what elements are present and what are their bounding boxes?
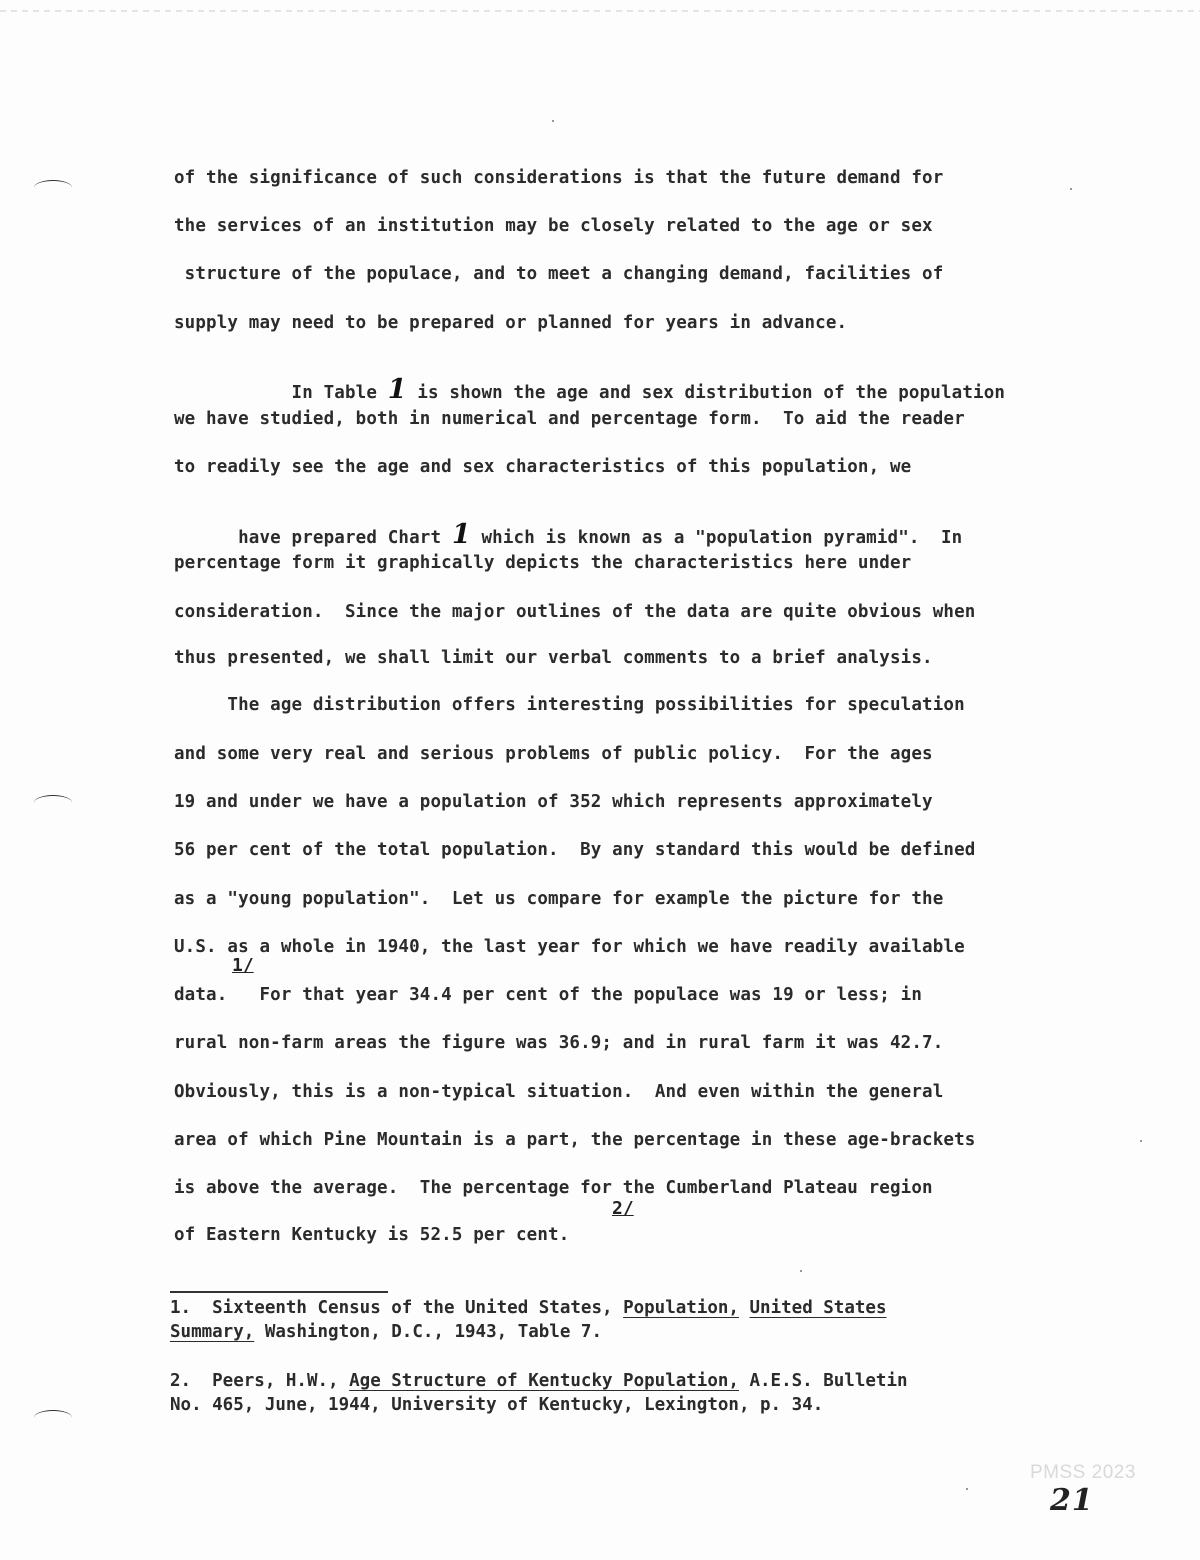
text-line: is above the average. The percentage for… xyxy=(174,1178,933,1198)
table-number: 1 xyxy=(388,374,407,405)
text-line: consideration. Since the major outlines … xyxy=(174,602,975,622)
text-line: Obviously, this is a non-typical situati… xyxy=(174,1082,943,1102)
punch-hole-mark xyxy=(34,180,72,195)
text-span: A.E.S. Bulletin xyxy=(739,1371,908,1391)
text-line: rural non-farm areas the figure was 36.9… xyxy=(174,1033,943,1053)
text-span xyxy=(739,1298,750,1318)
text-span: Washington, D.C., 1943, Table 7. xyxy=(254,1322,602,1342)
scan-edge xyxy=(0,10,1200,12)
punch-hole-mark xyxy=(34,1410,72,1425)
footnote-divider xyxy=(170,1291,388,1293)
text-line: data. For that year 34.4 per cent of the… xyxy=(174,985,922,1005)
citation-title: United States xyxy=(750,1298,887,1318)
footnote-2-line-2: No. 465, June, 1944, University of Kentu… xyxy=(170,1395,823,1415)
punch-hole-mark xyxy=(34,795,72,810)
text-line: U.S. as a whole in 1940, the last year f… xyxy=(174,937,965,957)
scan-speck xyxy=(966,1488,968,1490)
scan-speck xyxy=(552,120,554,122)
text-line: 19 and under we have a population of 352… xyxy=(174,792,933,812)
text-line: we have studied, both in numerical and p… xyxy=(174,409,965,429)
footnote-number: 1. xyxy=(170,1298,191,1318)
text-line: 56 per cent of the total population. By … xyxy=(174,840,975,860)
watermark: PMSS 2023 xyxy=(1030,1462,1136,1484)
text-line: the services of an institution may be cl… xyxy=(174,216,933,236)
footnote-number: 2. xyxy=(170,1371,191,1391)
text-span: which is known as a "population pyramid"… xyxy=(471,528,963,548)
text-line: percentage form it graphically depicts t… xyxy=(174,553,911,573)
text-line: supply may need to be prepared or planne… xyxy=(174,313,847,333)
scan-speck xyxy=(1070,188,1072,190)
text-line: of Eastern Kentucky is 52.5 per cent. xyxy=(174,1225,569,1245)
citation-title: Summary, xyxy=(170,1322,254,1342)
footnote-ref-2: 2/ xyxy=(612,1198,634,1219)
scan-speck xyxy=(800,1270,802,1272)
text-line: as a "young population". Let us compare … xyxy=(174,889,943,909)
text-line: and some very real and serious problems … xyxy=(174,744,933,764)
text-span: Sixteenth Census of the United States, xyxy=(191,1298,623,1318)
chart-number: 1 xyxy=(452,519,471,550)
footnote-2-line-1: 2. Peers, H.W., Age Structure of Kentuck… xyxy=(170,1371,908,1391)
text-line: thus presented, we shall limit our verba… xyxy=(174,648,933,668)
text-line: The age distribution offers interesting … xyxy=(174,695,965,715)
scan-speck xyxy=(1140,1140,1142,1142)
document-page: of the significance of such consideratio… xyxy=(0,0,1200,1560)
text-span: is shown the age and sex distribution of… xyxy=(407,383,1005,403)
citation-title: Population, xyxy=(623,1298,739,1318)
text-span: In Table xyxy=(238,383,388,403)
footnote-ref-1: 1/ xyxy=(232,955,254,976)
citation-title: Age Structure of Kentucky Population, xyxy=(349,1371,739,1391)
text-line: of the significance of such consideratio… xyxy=(174,168,943,188)
footnote-1-line-2: Summary, Washington, D.C., 1943, Table 7… xyxy=(170,1322,602,1342)
text-span: have prepared Chart xyxy=(238,528,452,548)
text-line: area of which Pine Mountain is a part, t… xyxy=(174,1130,975,1150)
text-line: to readily see the age and sex character… xyxy=(174,457,911,477)
footnote-1-line-1: 1. Sixteenth Census of the United States… xyxy=(170,1298,886,1318)
text-line: structure of the populace, and to meet a… xyxy=(174,264,943,284)
citation-author: Peers, H.W., xyxy=(191,1371,349,1391)
page-number: 21 xyxy=(1050,1483,1094,1518)
